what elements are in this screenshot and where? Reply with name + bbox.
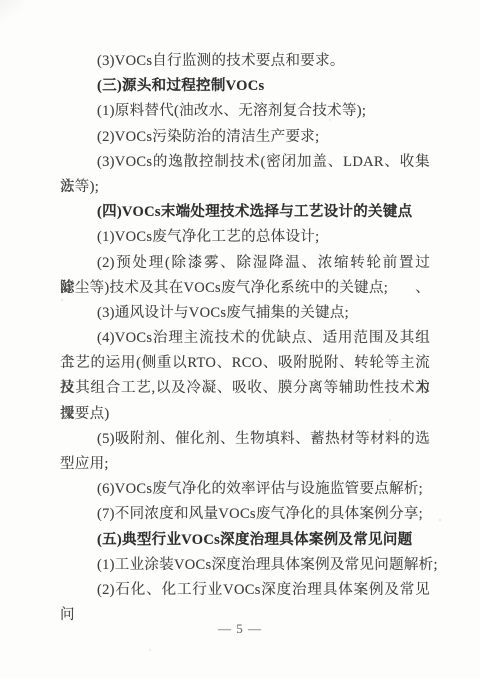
text-line: (2)VOCs污染防治的清洁生产要求; (60, 125, 430, 150)
text-line: 课要点) (60, 402, 430, 427)
text-line: (3)VOCs的逸散控制技术(密闭加盖、LDAR、收集方 (60, 150, 430, 175)
section-heading-line: (四)VOCs末端处理技术选择与工艺设计的关键点 (60, 200, 430, 225)
text-line: (1)工业涂装VOCs深度治理具体案例及常见问题解析; (60, 553, 430, 578)
text-line: (1)VOCs废气净化工艺的总体设计; (60, 225, 430, 250)
text-body: (3)VOCs自行监测的技术要点和要求。(三)源头和过程控制VOCs(1)原料替… (60, 49, 430, 603)
text-line: (3)通风设计与VOCs废气捕集的关键点; (60, 301, 430, 326)
text-line: (4)VOCs治理主流技术的优缺点、适用范围及其组合 (60, 326, 430, 351)
text-line: (5)吸附剂、催化剂、生物填料、蓄热材等材料的选 (60, 427, 430, 452)
section-heading-line: (五)典型行业VOCs深度治理具体案例及常见问题 (60, 528, 430, 553)
section-heading-line: (三)源头和过程控制VOCs (60, 74, 430, 99)
scanned-document-page: (3)VOCs自行监测的技术要点和要求。(三)源头和过程控制VOCs(1)原料替… (0, 0, 480, 678)
text-line: (3)VOCs自行监测的技术要点和要求。 (60, 49, 430, 74)
text-line: (2)预处理(除漆雾、除湿降温、浓缩转轮前置过滤、 (60, 251, 430, 276)
text-line: 工艺的运用(侧重以RTO、RCO、吸附脱附、转轮等主流技术 (60, 351, 430, 376)
text-line: (6)VOCs废气净化的效率评估与设施监管要点解析; (60, 477, 430, 502)
text-line: 法等); (60, 175, 430, 200)
text-line: (7)不同浓度和风量VOCs废气净化的具体案例分享; (60, 502, 430, 527)
page-number: — 5 — (0, 621, 480, 637)
text-line: 除尘等)技术及其在VOCs废气净化系统中的关键点; (60, 276, 430, 301)
text-line: 型应用; (60, 452, 430, 477)
text-line: (1)原料替代(油改水、无溶剂复合技术等); (60, 99, 430, 124)
scan-corner-artifact (0, 0, 25, 32)
text-line: 及其组合工艺,以及冷凝、吸收、膜分离等辅助性技术为授 (60, 376, 430, 401)
text-line: (2)石化、化工行业VOCs深度治理具体案例及常见问 (60, 578, 430, 603)
